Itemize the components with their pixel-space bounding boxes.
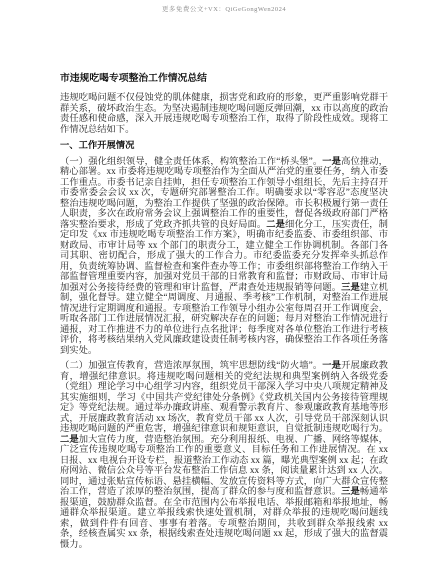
text-run: 开展廉政教育，增强纪律意识。将违规吃喝问题相关的党纪法规和典型案例纳入各级党委（… — [60, 361, 388, 434]
paragraph: 违规吃喝问题不仅侵蚀党的肌体健康，损害党和政府的形象，更严重影响党群干群关系，破… — [60, 93, 388, 135]
emphasis-run: 二是 — [60, 435, 79, 445]
document-content: 市违规吃喝专项整治工作情况总结 违规吃喝问题不仅侵蚀党的肌体健康，损害党和政府的… — [60, 70, 388, 555]
text-run: 违规吃喝问题不仅侵蚀党的肌体健康，损害党和政府的形象，更严重影响党群干群关系，破… — [60, 93, 388, 135]
text-run: 建立机制，强化督导。建立健全“周调度、月通报、季考核”工作机制，对整治工作进展情… — [60, 283, 388, 356]
document-page: 更多免费公文+VX：QiGeGongWen2024 市违规吃喝专项整治工作情况总… — [0, 0, 448, 580]
text-run: （一）强化组织领导，健全责任体系，构筑整治工作“桥头堡”。 — [60, 157, 322, 167]
section-heading: 一、工作开展情况 — [60, 141, 388, 152]
emphasis-run: 一、工作开展情况 — [60, 141, 134, 151]
watermark-text: 更多免费公文+VX：QiGeGongWen2024 — [0, 4, 448, 13]
document-title: 市违规吃喝专项整治工作情况总结 — [60, 70, 388, 84]
text-run: 细化分工，压实责任，制定印发《xx 市违规吃喝专项整治工作方案》，明确市纪委监委… — [60, 220, 388, 293]
emphasis-run: 三是 — [341, 283, 360, 293]
document-body: 违规吃喝问题不仅侵蚀党的肌体健康，损害党和政府的形象，更严重影响党群干群关系，破… — [60, 93, 388, 550]
emphasis-run: 一是 — [322, 157, 341, 167]
emphasis-run: 三是 — [341, 487, 360, 497]
paragraph: （二）加强宣传教育，营造浓厚氛围，筑牢思想防线“防火墙”。一是开展廉政教育，增强… — [60, 361, 388, 550]
text-run: 加大宣传力度，营造整治氛围。充分利用报纸、电视、广播、网络等媒体，广泛宣传违规吃… — [60, 435, 388, 498]
text-run: （二）加强宣传教育，营造浓厚氛围，筑牢思想防线“防火墙”。 — [60, 361, 322, 371]
emphasis-run: 一是 — [322, 361, 341, 371]
emphasis-run: 二是 — [266, 220, 285, 230]
paragraph: （一）强化组织领导，健全责任体系，构筑整治工作“桥头堡”。一是高位推动，精心部署… — [60, 157, 388, 357]
